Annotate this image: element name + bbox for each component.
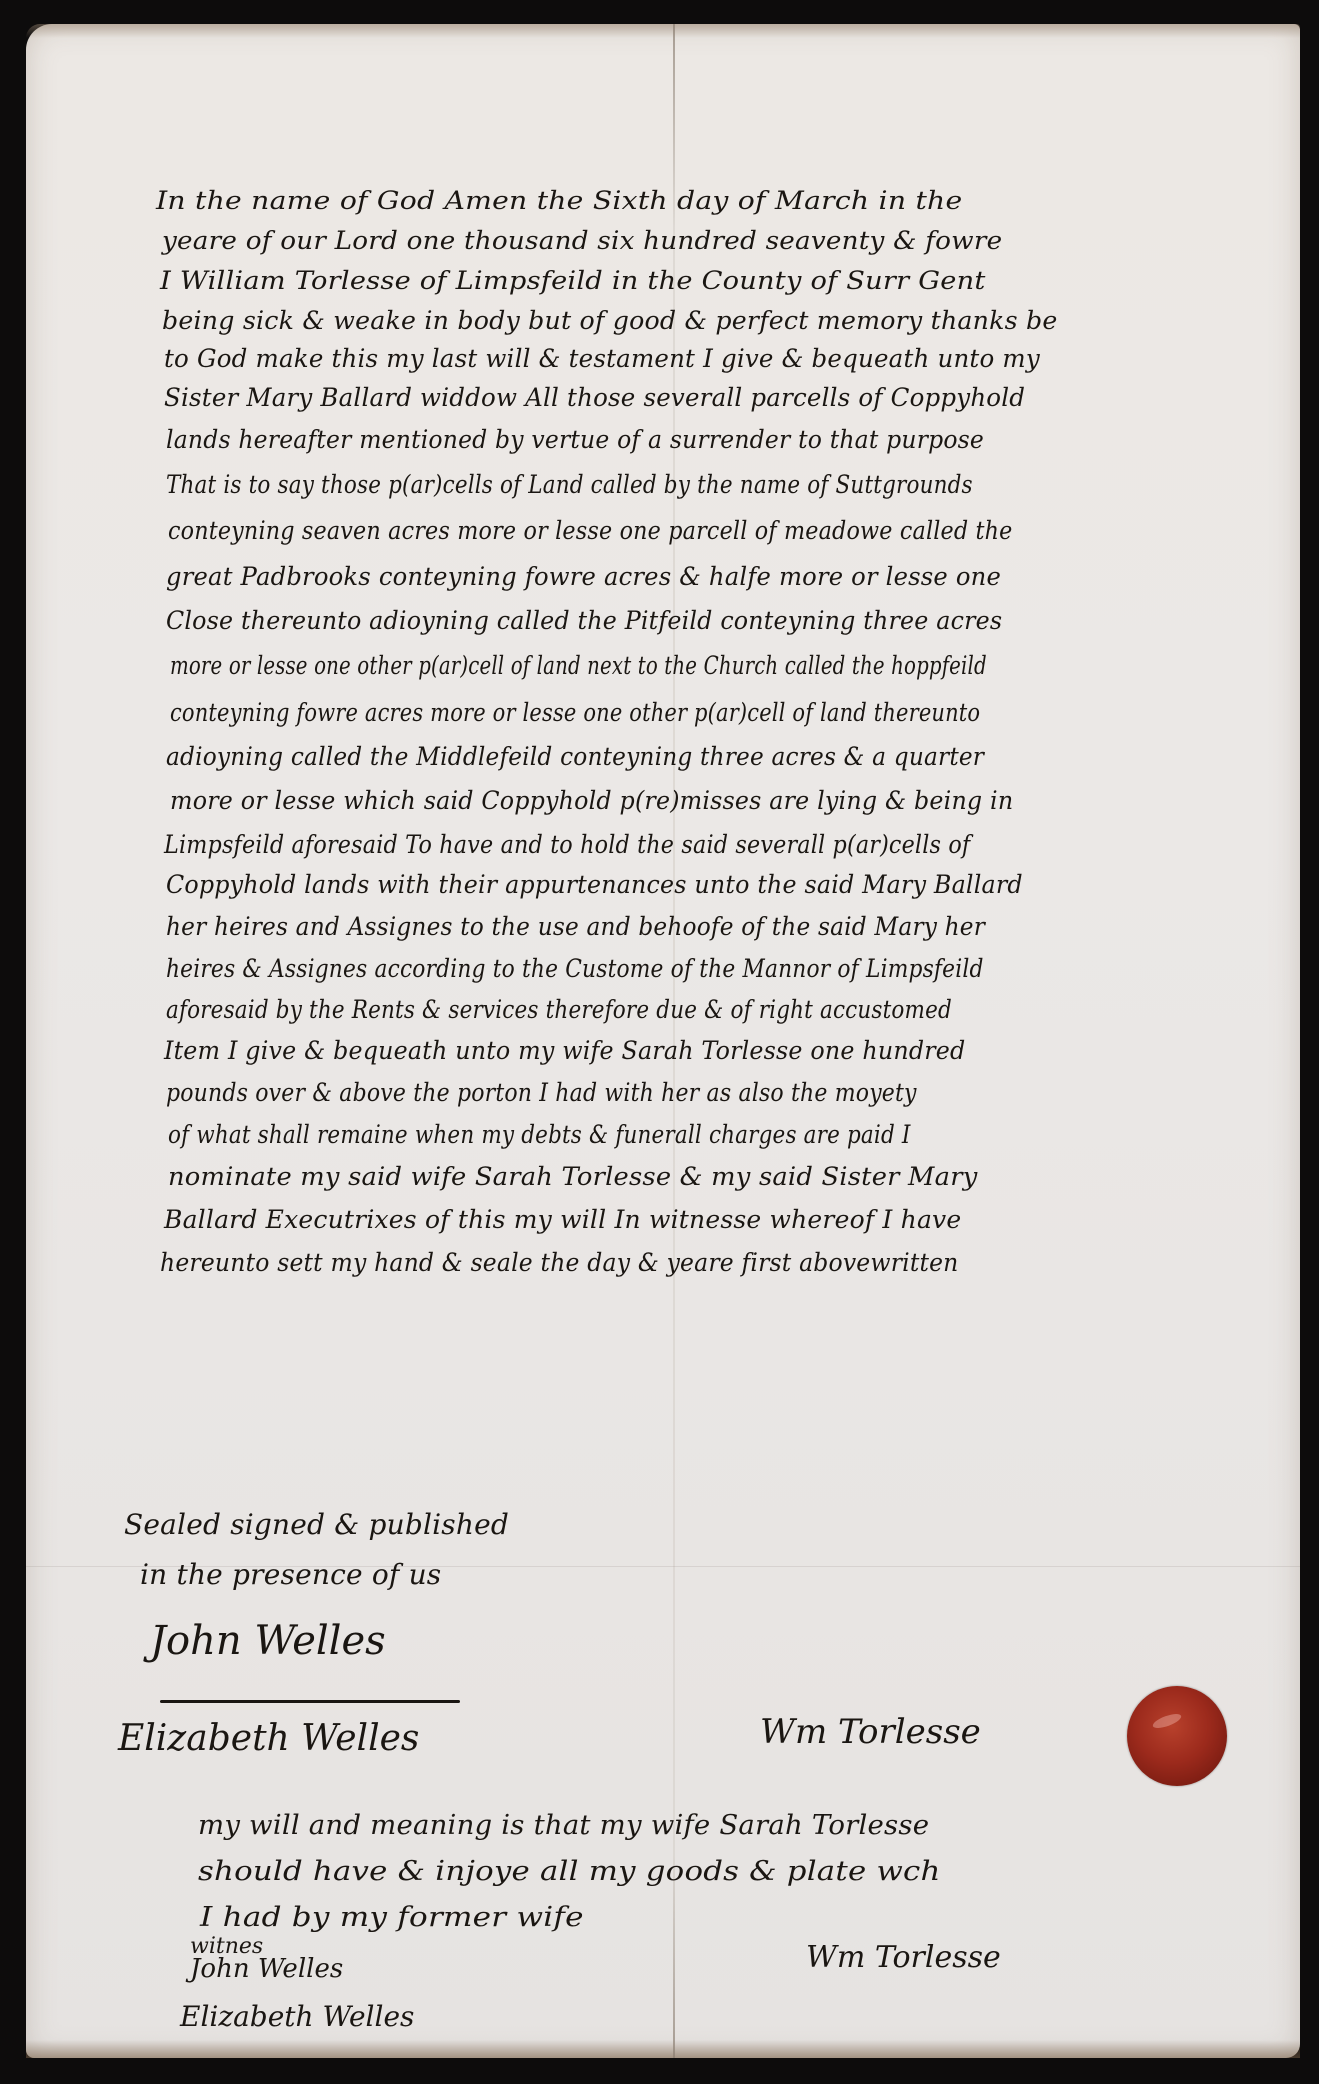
body-line: aforesaid by the Rents & services theref… [166, 995, 952, 1024]
body-line: adioyning called the Middlefeild conteyn… [166, 742, 984, 771]
body-line: That is to say those p(ar)cells of Land … [166, 470, 973, 499]
body-line: hereunto sett my hand & seale the day & … [160, 1248, 959, 1277]
body-line: conteyning fowre acres more or lesse one… [170, 698, 980, 727]
body-line: pounds over & above the porton I had wit… [166, 1078, 917, 1107]
witness-signature: John Welles [150, 1618, 386, 1664]
body-line: Limpsfeild aforesaid To have and to hold… [164, 830, 970, 859]
body-line: to God make this my last will & testamen… [164, 344, 1040, 373]
witness-signature: Elizabeth Welles [118, 1718, 419, 1759]
body-line: nominate my said wife Sarah Torlesse & m… [168, 1162, 977, 1191]
body-line: Sister Mary Ballard widdow All those sev… [164, 383, 1025, 412]
postscript-witness: John Welles [190, 1954, 343, 1984]
body-line: Item I give & bequeath unto my wife Sara… [164, 1036, 965, 1065]
testator-signature: Wm Torlesse [760, 1712, 981, 1752]
body-line: conteyning seaven acres more or lesse on… [168, 516, 1013, 545]
postscript-line: my will and meaning is that my wife Sara… [198, 1810, 929, 1841]
body-line: I William Torlesse of Limpsfeild in the … [160, 266, 986, 295]
body-line: Close thereunto adioyning called the Pit… [166, 606, 1002, 635]
signature-flourish [160, 1700, 460, 1703]
wax-seal [1127, 1686, 1227, 1786]
body-line: more or lesse one other p(ar)cell of lan… [170, 651, 987, 680]
body-line: being sick & weake in body but of good &… [162, 306, 1058, 335]
body-line: Ballard Executrixes of this my will In w… [164, 1205, 961, 1234]
body-line: Coppyhold lands with their appurtenances… [166, 870, 1023, 899]
postscript-line: should have & injoye all my goods & plat… [198, 1856, 941, 1887]
attestation-line: in the presence of us [140, 1558, 441, 1591]
body-line: In the name of God Amen the Sixth day of… [156, 186, 962, 215]
body-line: of what shall remaine when my debts & fu… [168, 1120, 911, 1149]
attestation-line: Sealed signed & published [124, 1508, 509, 1541]
body-line: lands hereafter mentioned by vertue of a… [166, 425, 984, 454]
postscript-line: I had by my former wife [200, 1902, 584, 1933]
body-line: great Padbrooks conteyning fowre acres &… [166, 562, 1001, 591]
body-line: yeare of our Lord one thousand six hundr… [162, 226, 1002, 255]
body-line: her heires and Assignes to the use and b… [166, 912, 985, 941]
postscript-testator-signature: Wm Torlesse [806, 1940, 1001, 1975]
body-line: heires & Assignes according to the Custo… [166, 954, 984, 983]
postscript-witness: Elizabeth Welles [180, 2000, 414, 2033]
body-line: more or lesse which said Coppyhold p(re)… [170, 786, 1013, 815]
